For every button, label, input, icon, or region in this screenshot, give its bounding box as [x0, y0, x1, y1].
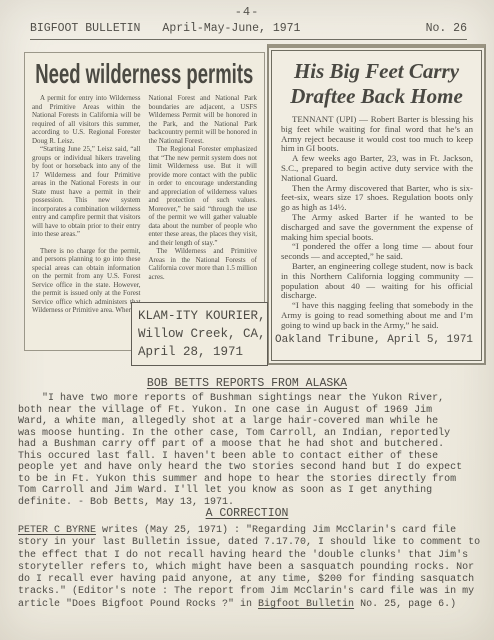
clipping-headline-text: Need wilderness permits — [36, 58, 254, 90]
source-name: KLAM-ITY KOURIER, — [138, 307, 267, 325]
paragraph: “Starting June 25,” Leisz said, “all gro… — [32, 145, 141, 239]
paragraph: The Wilderness and Primitive Areas in th… — [149, 247, 258, 281]
masthead-issue-number: No. 26 — [426, 22, 467, 35]
section-heading-text: BOB BETTS REPORTS FROM ALASKA — [147, 377, 347, 390]
source-location: Willow Creek, CA, — [138, 325, 267, 343]
article-body: TENNANT (UPI) — Robert Barter is blessin… — [272, 109, 481, 331]
paragraph: “I have this nagging feeling that somebo… — [281, 301, 473, 330]
paragraph: Then the Army discovered that Barter, wh… — [281, 184, 473, 213]
clipping-headline: His Big Feet Carry Draftee Back Home — [272, 59, 481, 109]
paragraph: The Army asked Barter if he wanted to be… — [281, 213, 473, 242]
publication-title: Bigfoot Bulletin — [258, 599, 354, 610]
paragraph: The Regional Forester emphasized that “T… — [149, 145, 258, 247]
section-heading-correction: A CORRECTION — [0, 507, 494, 520]
masthead: BIGFOOT BULLETIN April-May-June, 1971 No… — [30, 22, 467, 40]
clipping-column-2: National Forest and National Park bounda… — [149, 94, 258, 315]
paragraph: A permit for entry into Wilderness and P… — [32, 94, 141, 145]
clipping-big-feet-draftee: His Big Feet Carry Draftee Back Home TEN… — [267, 44, 486, 365]
clipping-headline-line2: Draftee Back Home — [272, 84, 481, 109]
masthead-title: BIGFOOT BULLETIN — [30, 22, 140, 35]
paragraph: A few weeks ago Barter, 23, was in Ft. J… — [281, 154, 473, 183]
correction-body-text: writes (May 25, 1971) : "Regarding Jim M… — [18, 525, 480, 610]
clipping-columns: A permit for entry into Wilderness and P… — [25, 90, 264, 315]
correspondent-name: PETER C BYRNE — [18, 525, 96, 536]
section-heading-text: A CORRECTION — [206, 507, 289, 520]
page-number: -4- — [0, 5, 494, 19]
newsletter-page: -4- BIGFOOT BULLETIN April-May-June, 197… — [0, 0, 494, 640]
clipping-headline-line1: His Big Feet Carry — [272, 59, 481, 84]
source-date: April 28, 1971 — [138, 343, 267, 361]
paragraph: National Forest and National Park bounda… — [149, 94, 258, 145]
clipping-inner-border: His Big Feet Carry Draftee Back Home TEN… — [271, 50, 482, 361]
paragraph: Barter, an engineering college student, … — [281, 262, 473, 301]
clipping-column-1: A permit for entry into Wilderness and P… — [32, 94, 141, 315]
paragraph: TENNANT (UPI) — Robert Barter is blessin… — [281, 115, 473, 154]
source-attribution-box: KLAM-ITY KOURIER, Willow Creek, CA, Apri… — [131, 302, 268, 366]
paragraph: There is no charge for the permit, and p… — [32, 247, 141, 315]
correction-body-end: No. 25, page 6.) — [354, 599, 456, 610]
source-attribution: Oakland Tribune, April 5, 1971 — [275, 334, 481, 346]
correction-text: PETER C BYRNE writes (May 25, 1971) : "R… — [18, 525, 492, 611]
clipping-headline: Need wilderness permits — [25, 58, 264, 90]
section-heading-alaska: BOB BETTS REPORTS FROM ALASKA — [0, 377, 494, 390]
alaska-report-text: "I have two more reports of Bushman sigh… — [18, 393, 490, 508]
paragraph: “I pondered the offer a long time — abou… — [281, 242, 473, 262]
masthead-date: April-May-June, 1971 — [162, 22, 300, 35]
